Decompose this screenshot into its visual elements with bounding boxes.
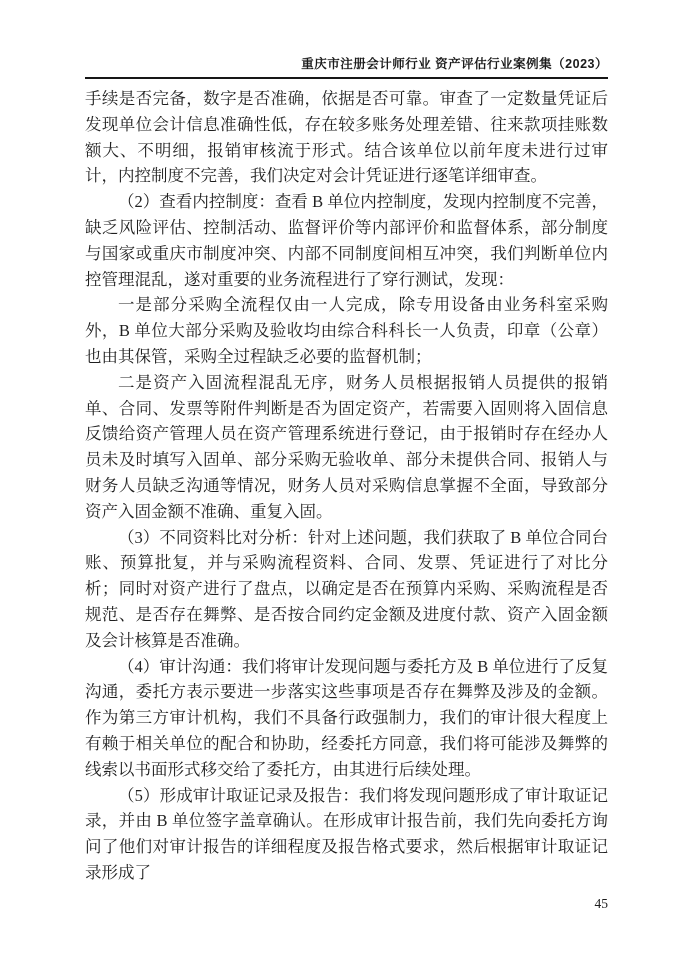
document-page: 重庆市注册会计师行业 资产评估行业案例集（2023） 手续是否完备，数字是否准确…	[0, 0, 692, 979]
paragraph-finding-one: 一是部分采购全流程仅由一人完成，除专用设备由业务科室采购外，B 单位大部分采购及…	[85, 292, 608, 369]
paragraph-item-4-audit-communication: （4）审计沟通：我们将审计发现问题与委托方及 B 单位进行了反复沟通，委托方表示…	[85, 654, 608, 783]
document-body: 手续是否完备，数字是否准确，依据是否可靠。审查了一定数量凭证后发现单位会计信息准…	[85, 86, 608, 886]
paragraph-finding-two: 二是资产入固流程混乱无序，财务人员根据报销人员提供的报销单、合同、发票等附件判断…	[85, 370, 608, 525]
running-header-title: 重庆市注册会计师行业 资产评估行业案例集（2023）	[85, 54, 608, 72]
paragraph-continuation: 手续是否完备，数字是否准确，依据是否可靠。审查了一定数量凭证后发现单位会计信息准…	[85, 86, 608, 189]
header-rule	[85, 77, 608, 79]
paragraph-item-5-audit-records-report: （5）形成审计取证记录及报告：我们将发现问题形成了审计取证记录，并由 B 单位签…	[85, 783, 608, 886]
page-number: 45	[85, 896, 608, 912]
paragraph-item-2-review-internal-controls: （2）查看内控制度：查看 B 单位内控制度，发现内控制度不完善，缺乏风险评估、控…	[85, 189, 608, 292]
paragraph-item-3-data-comparison: （3）不同资料比对分析：针对上述问题，我们获取了 B 单位合同台账、预算批复，并…	[85, 525, 608, 654]
